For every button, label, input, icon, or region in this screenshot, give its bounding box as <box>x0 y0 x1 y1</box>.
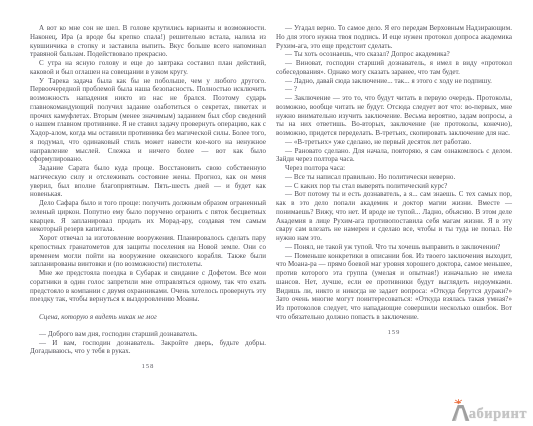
paragraph: — Угадал верно. То самое дело. Я его пер… <box>276 24 512 50</box>
labirint-watermark-text: абиринт <box>469 407 527 422</box>
paragraph: — Виноват, господин старший дознаватель,… <box>276 59 512 77</box>
page-number-left: 158 <box>30 363 266 370</box>
book-spread: А вот ко мне сон не шел. В голове крутил… <box>0 0 533 370</box>
page-right-text: — Угадал верно. То самое дело. Я его пер… <box>276 24 512 322</box>
paragraph: Хорот отвечал за изготовление вооружения… <box>30 234 266 269</box>
labirint-watermark: абиринт <box>451 399 527 421</box>
page-number-right: 159 <box>276 329 512 336</box>
page-left-text: А вот ко мне сон не шел. В голове крутил… <box>30 24 266 356</box>
paragraph: — Ты хоть осознаешь, что сказал? Допрос … <box>276 50 512 59</box>
paragraph: — Доброго вам дня, господин старший дозн… <box>30 330 266 339</box>
paragraph: — ? <box>276 85 512 94</box>
page-right: — Угадал верно. То самое дело. Я его пер… <box>276 24 512 370</box>
paragraph: — С каких пор ты стал выверять политичес… <box>276 182 512 191</box>
paragraph: — Вот потому ты и есть дознаватель, а я.… <box>276 190 512 243</box>
labirint-logo-icon <box>451 399 471 421</box>
paragraph: Дело Сафара было и того проще: получить … <box>30 199 266 234</box>
scene-heading: Сцена, которую я видеть никак не мог <box>30 313 266 322</box>
paragraph: — И вам, господин дознаватель. Закройте … <box>30 339 266 357</box>
paragraph: — Рановато сделано. Для начала, повторяю… <box>276 147 512 165</box>
paragraph: А вот ко мне сон не шел. В голове крутил… <box>30 24 266 59</box>
paragraph: У Тарека задача была как бы не побольше,… <box>30 77 266 165</box>
paragraph: — Все ты написал правильно. Но политичес… <box>276 173 512 182</box>
paragraph: — Ладно, давай сюда заключение... так...… <box>276 77 512 86</box>
paragraph: — Понял, не такой уж тупой. Что ты хочеш… <box>276 243 512 252</box>
paragraph: — Поменьше конкретики в описании боя. Из… <box>276 252 512 322</box>
paragraph: Задание Сарата было куда проще. Восстано… <box>30 164 266 199</box>
paragraph: — Заключение — это то, что будут читать … <box>276 94 512 138</box>
paragraph: — «В-третьих» уже сделано, не первый дес… <box>276 138 512 147</box>
paragraph: Мне же предстояла поездка в Субарак и св… <box>30 269 266 304</box>
page-left: А вот ко мне сон не шел. В голове крутил… <box>30 24 266 370</box>
paragraph: Через полтора часа: <box>276 164 512 173</box>
paragraph: С утра на ясную голову и еще до завтрака… <box>30 59 266 77</box>
